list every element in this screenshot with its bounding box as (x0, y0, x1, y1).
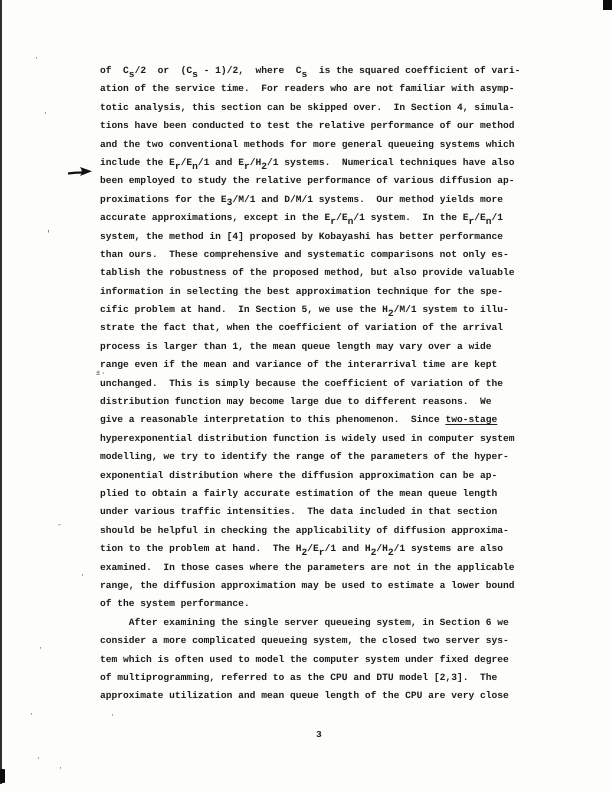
text-line: range, the diffusion approximation may b… (100, 577, 540, 595)
text-line: tions have been conducted to test the re… (100, 117, 540, 135)
scan-speck: · (43, 110, 48, 118)
text-line: give a reasonable interpretation to this… (100, 411, 540, 429)
page-number: 3 (316, 729, 322, 740)
text-line: under various traffic intensities. The d… (100, 503, 540, 521)
text-line: been employed to study the relative perf… (100, 172, 540, 190)
text-line: approximate utilization and mean queue l… (100, 687, 540, 705)
text-line: of multiprogramming, referred to as the … (100, 669, 540, 687)
text-line: consider a more complicated queueing sys… (100, 632, 540, 650)
text-line: tion to the problem at hand. The H2/Er/1… (100, 540, 540, 558)
text-line: information in selecting the best approx… (100, 283, 540, 301)
text-line: range even if the mean and variance of t… (100, 356, 540, 374)
text-line: cific problem at hand. In Section 5, we … (100, 301, 540, 319)
scan-speck: ' (46, 231, 51, 239)
scan-edge-blob (0, 769, 5, 783)
text-line: plied to obtain a fairly accurate estima… (100, 485, 540, 503)
text-body: of Cs/2 or (Cs - 1)/2, where Cs is the s… (100, 62, 540, 706)
text-line: exponential distribution where the diffu… (100, 467, 540, 485)
text-line: hyperexponential distribution function i… (100, 430, 540, 448)
scan-speck: · (110, 712, 115, 720)
text-line: and the two conventional methods for mor… (100, 136, 540, 154)
scan-speck: · (34, 55, 39, 63)
text-line: totic analysis, this section can be skip… (100, 99, 540, 117)
text-line: should be helpful in checking the applic… (100, 522, 540, 540)
text-line: strate the fact that, when the coefficie… (100, 319, 540, 337)
text-line: After examining the single server queuei… (100, 614, 540, 632)
text-line: proximations for the E3/M/1 and D/M/1 sy… (100, 191, 540, 209)
text-line: than ours. These comprehensive and syste… (100, 246, 540, 264)
text-line: include the Er/En/1 and Er/H2/1 systems.… (100, 154, 540, 172)
scan-speck: · (38, 645, 43, 653)
scan-speck: · (58, 765, 63, 773)
margin-arrow-icon (66, 164, 94, 178)
scan-edge-left (0, 0, 2, 784)
text-line: modelling, we try to identify the range … (100, 448, 540, 466)
scan-speck: · (36, 755, 41, 763)
text-line: tem which is often used to model the com… (100, 651, 540, 669)
scan-speck: · (80, 572, 85, 580)
text-line: of Cs/2 or (Cs - 1)/2, where Cs is the s… (100, 62, 540, 80)
text-line: of the system performance. (100, 595, 540, 613)
text-line: distribution function may become large d… (100, 393, 540, 411)
text-line: examined. In those cases where the param… (100, 559, 540, 577)
scan-speck: · (29, 711, 34, 719)
text-line: ation of the service time. For readers w… (100, 80, 540, 98)
text-line: tablish the robustness of the proposed m… (100, 264, 540, 282)
text-line: process is larger than 1, the mean queue… (100, 338, 540, 356)
text-line: system, the method in [4] proposed by Ko… (100, 228, 540, 246)
scan-speck: - (57, 522, 62, 530)
document-page: ±· of Cs/2 or (Cs - 1)/2, where Cs is th… (0, 0, 612, 791)
text-line: unchanged. This is simply because the co… (100, 375, 540, 393)
scan-corner-mark (603, 0, 612, 10)
text-line: accurate approximations, except in the E… (100, 209, 540, 227)
